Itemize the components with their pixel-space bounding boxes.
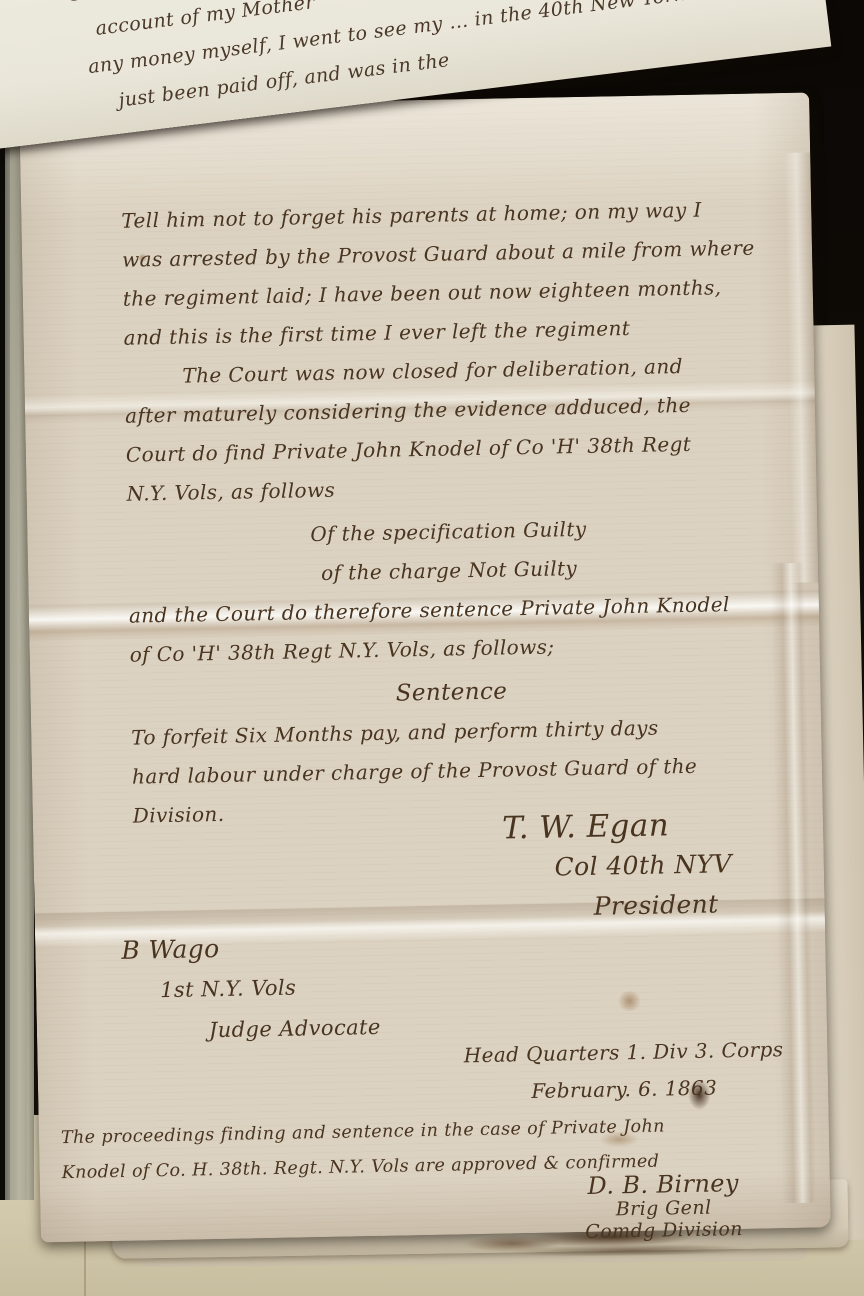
president-signature-block: T. W. Egan Col 40th NYV President [502,804,733,928]
ink-stain [616,991,642,1011]
judge-advocate-unit: 1st N.Y. Vols [160,966,381,1011]
handwritten-body: Tell him not to forget his parents at ho… [19,93,823,838]
judge-advocate-title: Judge Advocate [209,1007,382,1051]
document-page: Tell him not to forget his parents at ho… [19,93,831,1243]
commanding-general-signature-block: D. B. Birney Brig Genl Comdg Division [584,1172,743,1243]
endorsement-heading-block: Head Quarters 1. Div 3. Corps February. … [463,1031,784,1111]
president-signature-name: T. W. Egan [502,805,670,848]
commanding-general-name: D. B. Birney [584,1172,742,1197]
commanding-general-rank: Brig Genl [585,1196,743,1221]
commanding-general-title: Comdg Division [585,1218,743,1243]
president-signature-title: President [503,884,719,928]
photograph-of-court-martial-record: Tell him not to forget his parents at ho… [0,0,864,1296]
judge-advocate-name: B Wago [121,925,380,971]
endorsement-date: February. 6. 1863 [464,1068,784,1111]
president-signature-rank: Col 40th NYV [503,844,733,888]
judge-advocate-signature-block: B Wago 1st N.Y. Vols Judge Advocate [121,925,381,1053]
endorsement-headquarters: Head Quarters 1. Div 3. Corps [463,1031,783,1074]
